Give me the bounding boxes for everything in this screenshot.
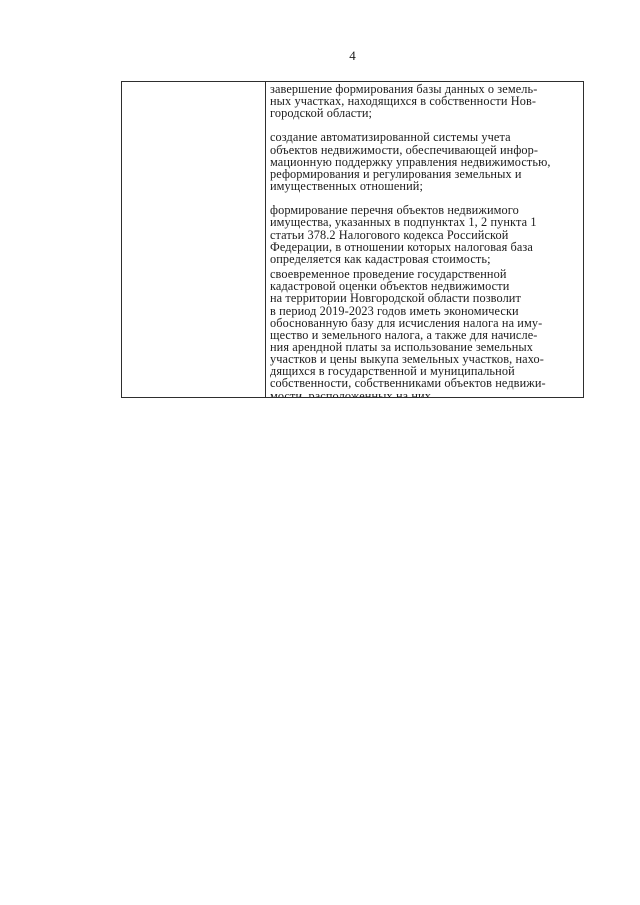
paragraph-cadastral-valuation: своевременное проведение государственной… xyxy=(270,268,578,397)
paragraph-property-list: формирование перечня объектов недвижимог… xyxy=(270,204,578,265)
paragraph-land-database: завершение формирования базы данных о зе… xyxy=(270,83,578,119)
page-number: 4 xyxy=(121,49,584,63)
document-page: 4 завершение формирования базы данных о … xyxy=(0,0,640,905)
table-cell-left xyxy=(122,82,266,397)
paragraph-automated-system: создание автоматизированной системы учет… xyxy=(270,131,578,192)
table-cell-right: завершение формирования базы данных о зе… xyxy=(266,82,583,397)
content-table: завершение формирования базы данных о зе… xyxy=(121,81,584,398)
